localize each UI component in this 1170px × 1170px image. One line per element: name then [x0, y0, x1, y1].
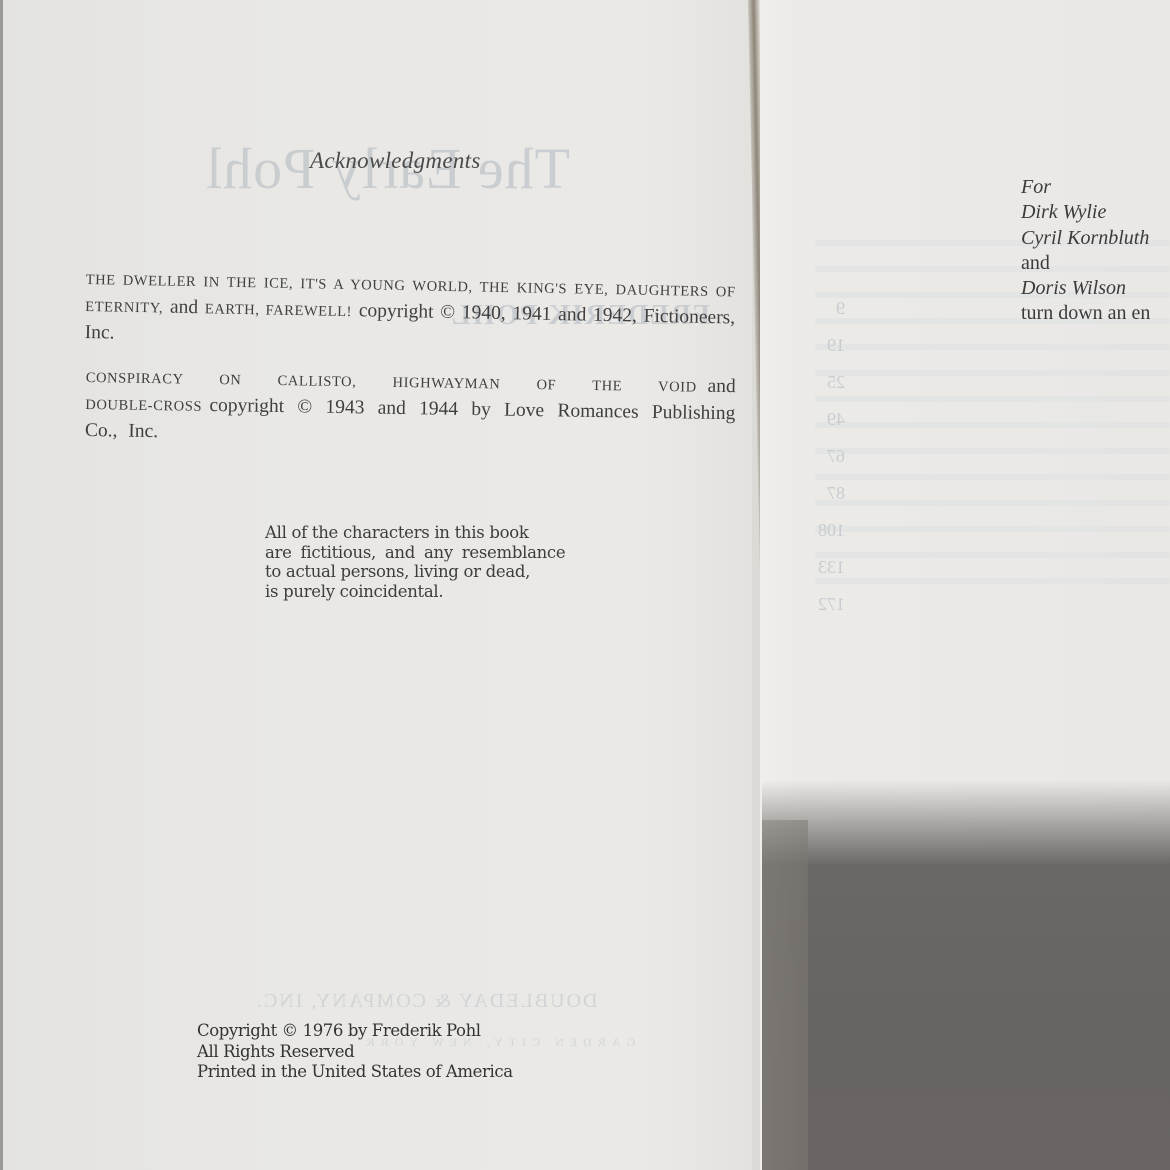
- page-number: 87: [818, 475, 845, 512]
- hand-shadow: [762, 780, 1170, 1170]
- story-title-last: EARTH, FAREWELL!: [205, 301, 353, 320]
- show-through-page-numbers: 9 19 25 49 67 87 108 133 172: [818, 290, 845, 623]
- dedication-line: Doris Wilson: [1021, 276, 1170, 301]
- dedication-line: Dirk Wylie: [1021, 200, 1170, 225]
- page-number: 19: [818, 327, 845, 364]
- story-title-last: DOUBLE-CROSS: [85, 397, 202, 415]
- dedication-line: turn down an en: [1021, 301, 1170, 326]
- show-through-publisher: DOUBLEDAY & COMPANY, INC.: [255, 990, 597, 1013]
- page-number: 25: [818, 364, 845, 401]
- connector: and: [707, 376, 735, 397]
- copyright-line: Copyright © 1976 by Frederik Pohl: [197, 1021, 557, 1042]
- copyright-line: All Rights Reserved: [197, 1042, 557, 1063]
- page-number: 9: [818, 290, 845, 327]
- dedication-line: For: [1021, 175, 1170, 200]
- dedication-line: and: [1021, 251, 1170, 276]
- disclaimer-line: is purely coincidental.: [265, 582, 585, 602]
- left-page: The Early Pohl FREDERIK POHL DOUBLEDAY &…: [0, 0, 752, 1170]
- acknowledgment-paragraph-1: THE DWELLER IN THE ICE, IT'S A YOUNG WOR…: [84, 266, 735, 358]
- copyright-block: Copyright © 1976 by Frederik Pohl All Ri…: [197, 1021, 557, 1083]
- page-number: 172: [818, 586, 845, 623]
- acknowledgments-heading: Acknowledgments: [310, 148, 481, 174]
- disclaimer-line: to actual persons, living or dead,: [265, 562, 585, 582]
- story-titles: CONSPIRACY ON CALLISTO, HIGHWAYMAN OF TH…: [86, 370, 697, 396]
- page-number: 49: [818, 401, 845, 438]
- fiction-disclaimer: All of the characters in this book are f…: [265, 523, 585, 601]
- page-number: 133: [818, 549, 845, 586]
- disclaimer-line: All of the characters in this book: [265, 523, 585, 543]
- acknowledgment-paragraph-2: CONSPIRACY ON CALLISTO, HIGHWAYMAN OF TH…: [85, 364, 736, 454]
- dedication: For Dirk Wylie Cyril Kornbluth and Doris…: [1021, 175, 1170, 327]
- dedication-line: Cyril Kornbluth: [1021, 226, 1170, 251]
- page-number: 67: [818, 438, 845, 475]
- connector: and: [170, 297, 199, 319]
- copyright-line: Printed in the United States of America: [197, 1062, 557, 1083]
- disclaimer-line: are fictitious, and any resemblance: [265, 543, 585, 563]
- shadow-edge: [762, 820, 808, 1170]
- page-number: 108: [818, 512, 845, 549]
